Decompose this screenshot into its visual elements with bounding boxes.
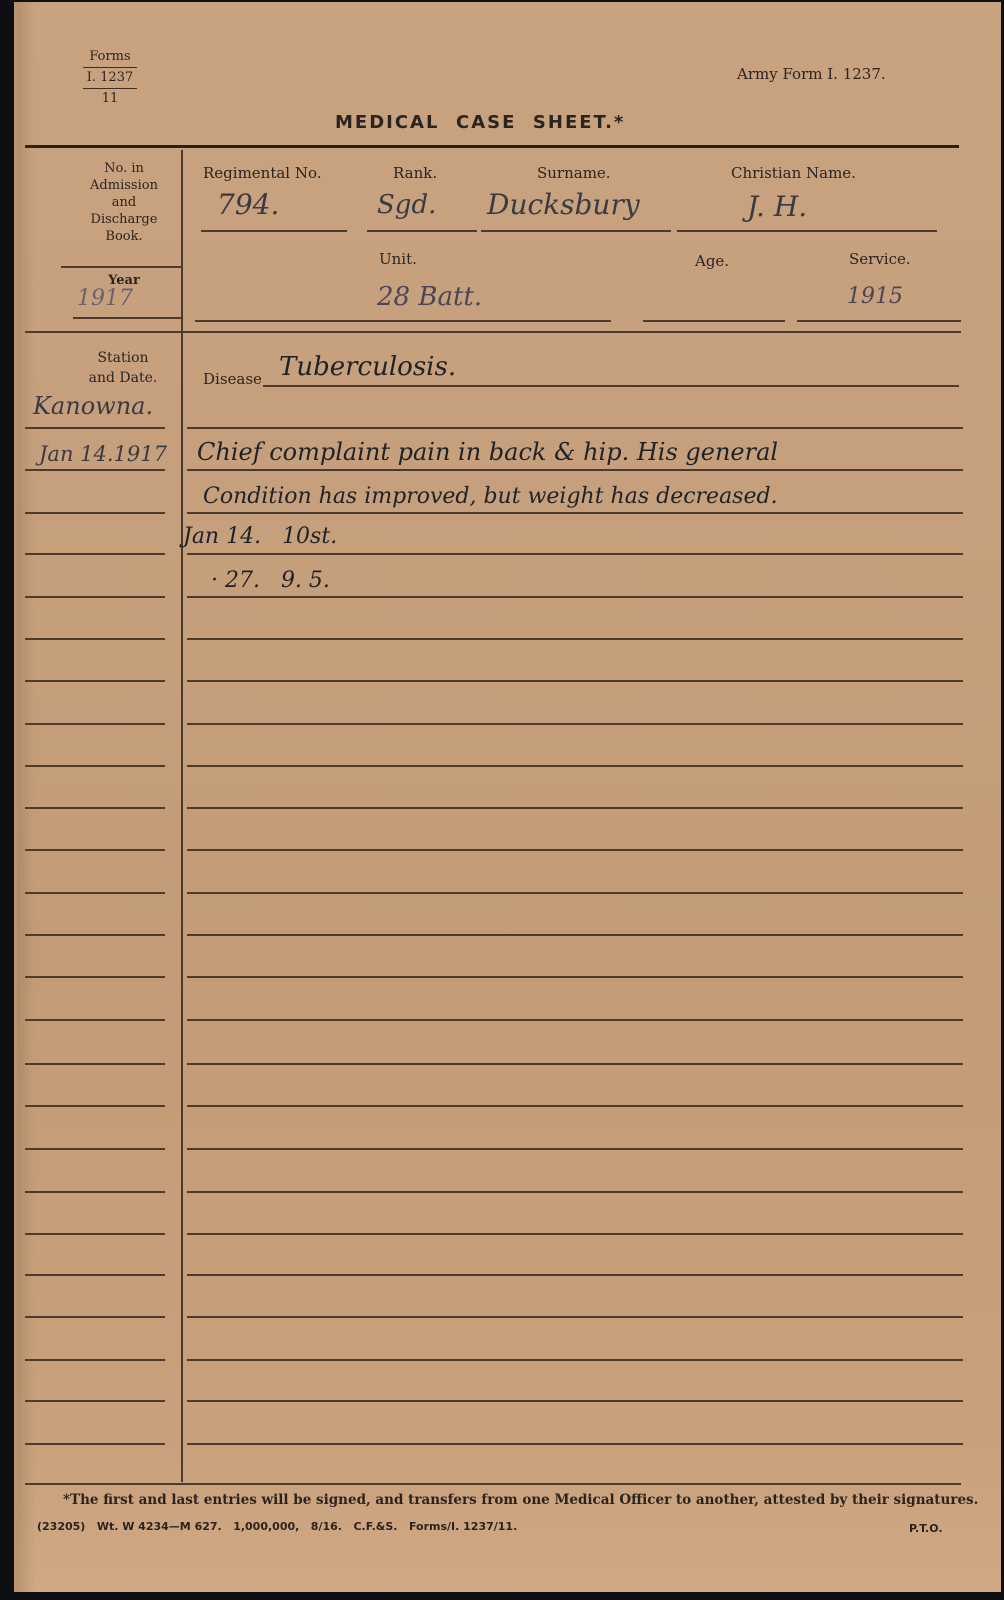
rank-label: Rank.	[393, 164, 437, 182]
date-value: Jan 14.1917	[39, 442, 167, 466]
footer-note: *The first and last entries will be sign…	[63, 1492, 978, 1508]
station-date-label: Station and Date.	[73, 348, 173, 388]
age-label: Age.	[695, 252, 729, 270]
regimental-no-label: Regimental No.	[203, 164, 322, 182]
unit-value: 28 Batt.	[377, 282, 482, 312]
note-line: Chief complaint pain in back & hip. His …	[197, 438, 778, 466]
forms-stamp-line1: Forms	[83, 48, 137, 66]
disease-value: Tuberculosis.	[279, 352, 456, 382]
note-line: Jan 14. 10st.	[183, 524, 337, 549]
forms-stamp-line2: I. 1237	[83, 69, 137, 87]
disease-label: Disease	[203, 370, 262, 388]
regimental-no-value: 794.	[217, 188, 279, 221]
section-divider	[25, 331, 961, 333]
army-form-number: Army Form I. 1237.	[737, 65, 886, 83]
surname-label: Surname.	[537, 164, 611, 182]
surname-value: Ducksbury	[487, 188, 640, 221]
column-divider	[181, 150, 183, 1482]
print-line: (23205) Wt. W 4234—M 627. 1,000,000, 8/1…	[37, 1520, 517, 1533]
forms-stamp: Forms I. 1237 11	[83, 48, 137, 108]
header-divider	[25, 145, 959, 148]
christian-name-label: Christian Name.	[731, 164, 856, 182]
unit-label: Unit.	[379, 250, 417, 268]
note-line: · 27. 9. 5.	[197, 568, 330, 593]
service-value: 1915	[847, 284, 903, 309]
year-value: 1917	[77, 286, 133, 311]
rank-value: Sgd.	[377, 190, 436, 220]
forms-stamp-line3: 11	[83, 90, 137, 108]
service-label: Service.	[849, 250, 911, 268]
pto-label: P.T.O.	[909, 1522, 943, 1535]
page-title: MEDICAL CASE SHEET.*	[335, 112, 625, 133]
admission-book-label: No. in Admission and Discharge Book.	[79, 160, 169, 245]
station-value: Kanowna.	[33, 392, 153, 420]
note-line: Condition has improved, but weight has d…	[203, 484, 778, 509]
christian-name-value: J. H.	[747, 190, 807, 223]
medical-case-sheet: Forms I. 1237 11 Army Form I. 1237. MEDI…	[14, 2, 1001, 1592]
footer-divider	[25, 1483, 961, 1485]
